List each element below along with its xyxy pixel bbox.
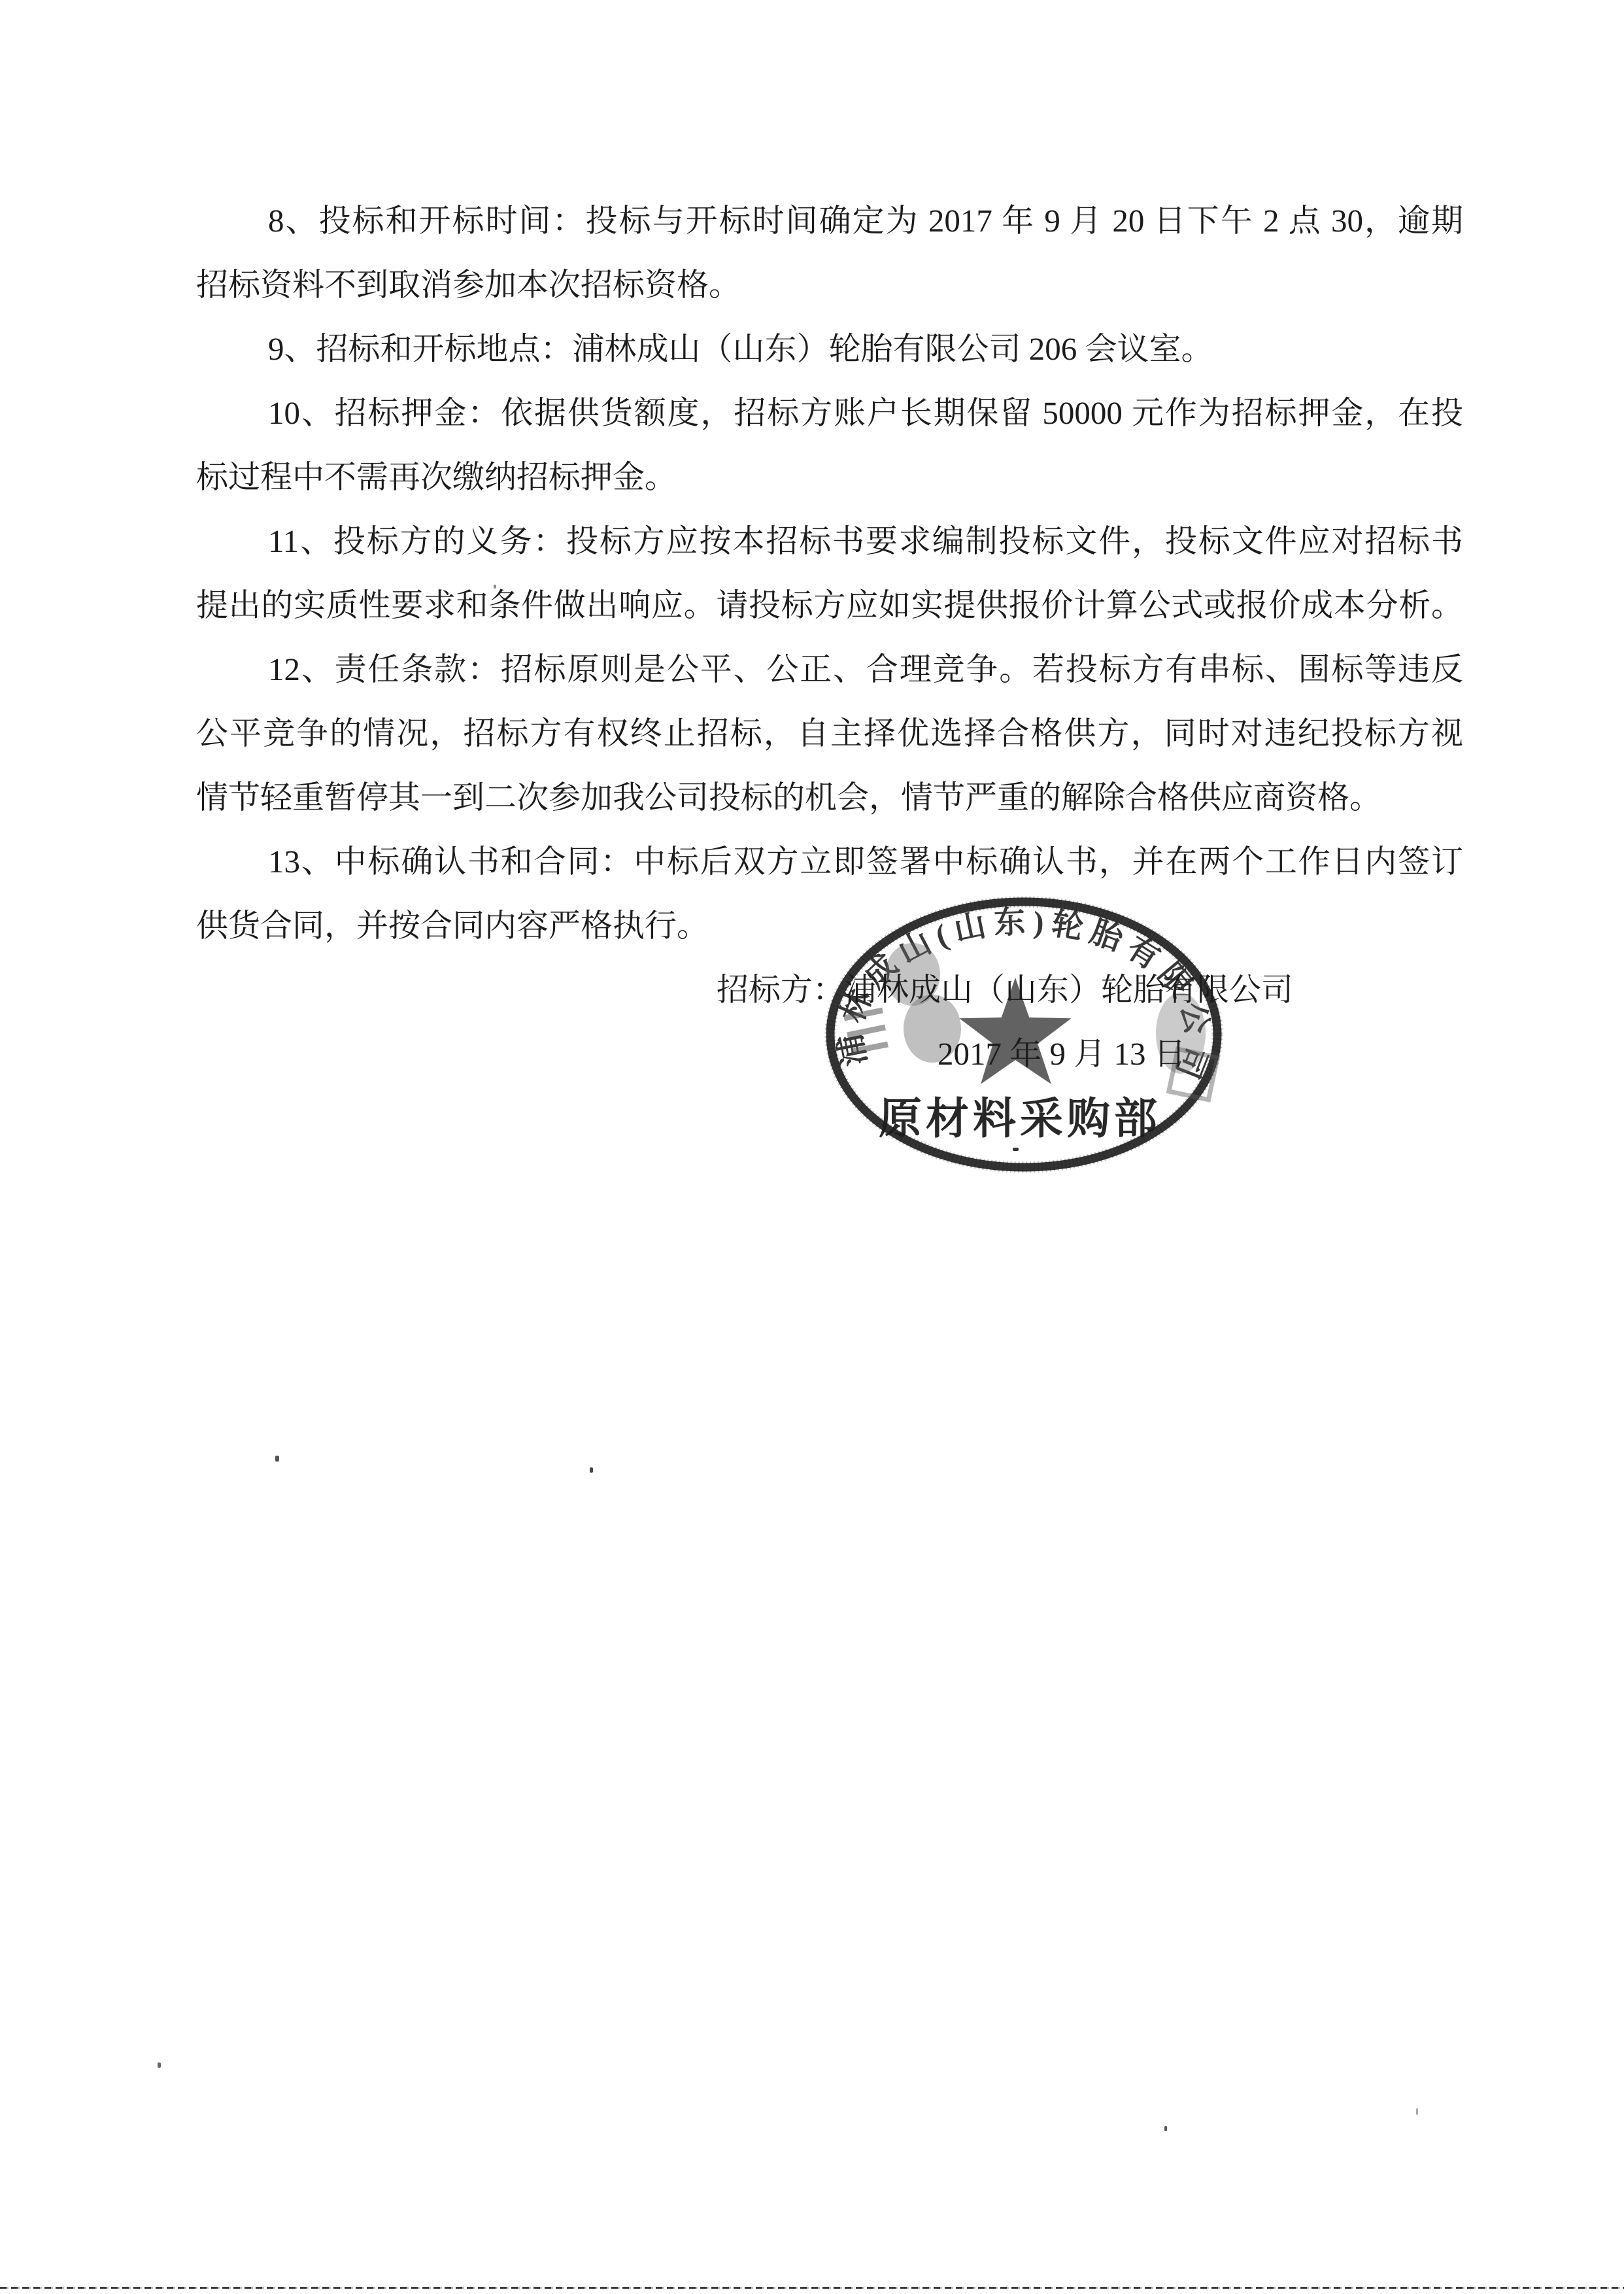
scan-artifact-line bbox=[0, 2287, 1624, 2289]
clause-10-line-2: 标过程中不需再次缴纳招标押金。 bbox=[196, 445, 1463, 509]
scan-speck bbox=[1416, 2108, 1418, 2115]
clause-9-line-1: 9、招标和开标地点：浦林成山（山东）轮胎有限公司 206 会议室。 bbox=[196, 317, 1463, 381]
clause-8-line-1: 8、投标和开标时间：投标与开标时间确定为 2017 年 9 月 20 日下午 2… bbox=[196, 189, 1463, 253]
clause-13-line-2: 供货合同，并按合同内容严格执行。 bbox=[196, 894, 1463, 958]
scan-speck bbox=[590, 1467, 593, 1473]
clause-12-line-2: 公平竞争的情况，招标方有权终止招标，自主择优选择合格供方，同时对违纪投标方视 bbox=[196, 702, 1463, 766]
clause-13-line-1: 13、中标确认书和合同：中标后双方立即签署中标确认书，并在两个工作日内签订 bbox=[196, 830, 1463, 894]
clause-11-line-1: 11、投标方的义务：投标方应按本招标书要求编制投标文件，投标文件应对招标书 bbox=[196, 509, 1463, 573]
scan-speck bbox=[158, 2063, 161, 2068]
signature-date-line: 2017 年 9 月 13 日 bbox=[196, 1022, 1463, 1086]
clause-11-line-2: 提出的实质性要求和条件做出响应。请投标方应如实提供报价计算公式或报价成本分析。 bbox=[196, 573, 1463, 638]
seal-department-text: 原材料采购部 bbox=[879, 1095, 1161, 1143]
document-body: 8、投标和开标时间：投标与开标时间确定为 2017 年 9 月 20 日下午 2… bbox=[196, 189, 1463, 1086]
scanned-document-page: 浦林成山(山东)轮胎有限公司 原材料采购部 8、投标和开标时间：投标与开标时间确… bbox=[0, 0, 1624, 2294]
clause-12-line-3: 情节轻重暂停其一到二次参加我公司投标的机会，情节严重的解除合格供应商资格。 bbox=[196, 766, 1463, 830]
scan-speck bbox=[1164, 2126, 1167, 2131]
signature-party-line: 招标方：浦林成山（山东）轮胎有限公司 bbox=[196, 958, 1463, 1022]
scan-speck bbox=[275, 1456, 279, 1462]
clause-10-line-1: 10、招标押金：依据供货额度，招标方账户长期保留 50000 元作为招标押金，在… bbox=[196, 381, 1463, 445]
clause-8-line-2: 招标资料不到取消参加本次招标资格。 bbox=[196, 253, 1463, 317]
clause-12-line-1: 12、责任条款：招标原则是公平、公正、合理竞争。若投标方有串标、围标等违反 bbox=[196, 638, 1463, 702]
